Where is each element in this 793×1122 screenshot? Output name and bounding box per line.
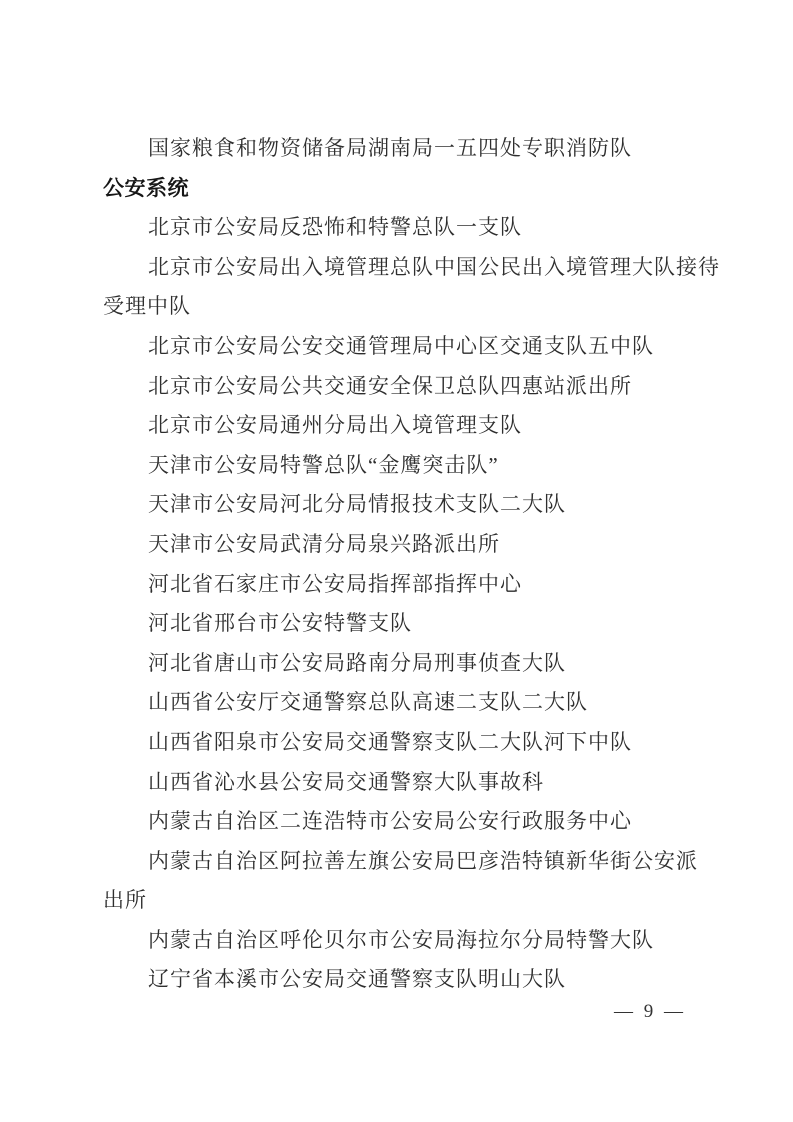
list-item-continuation: 出所: [103, 881, 718, 921]
list-item: 国家粮食和物资储备局湖南局一五四处专职消防队: [103, 129, 718, 169]
page-number: — 9 —: [614, 1001, 686, 1023]
list-item: 天津市公安局河北分局情报技术支队二大队: [103, 485, 718, 525]
list-item: 内蒙古自治区呼伦贝尔市公安局海拉尔分局特警大队: [103, 921, 718, 961]
list-item: 山西省沁水县公安局交通警察大队事故科: [103, 763, 718, 803]
list-item: 河北省唐山市公安局路南分局刑事侦查大队: [103, 644, 718, 684]
document-text-block: 国家粮食和物资储备局湖南局一五四处专职消防队 公安系统 北京市公安局反恐怖和特警…: [103, 129, 718, 1000]
list-item: 辽宁省本溪市公安局交通警察支队明山大队: [103, 960, 718, 1000]
list-item: 北京市公安局通州分局出入境管理支队: [103, 406, 718, 446]
list-item: 河北省邢台市公安特警支队: [103, 604, 718, 644]
list-item: 河北省石家庄市公安局指挥部指挥中心: [103, 565, 718, 605]
list-item: 内蒙古自治区二连浩特市公安局公安行政服务中心: [103, 802, 718, 842]
list-item: 山西省公安厅交通警察总队高速二支队二大队: [103, 683, 718, 723]
list-item: 北京市公安局反恐怖和特警总队一支队: [103, 208, 718, 248]
list-item: 天津市公安局特警总队“金鹰突击队”: [103, 446, 718, 486]
list-item: 北京市公安局公共交通安全保卫总队四惠站派出所: [103, 367, 718, 407]
list-item: 北京市公安局出入境管理总队中国公民出入境管理大队接待: [103, 248, 718, 288]
list-item-continuation: 受理中队: [103, 287, 718, 327]
section-heading: 公安系统: [103, 169, 718, 209]
list-item: 北京市公安局公安交通管理局中心区交通支队五中队: [103, 327, 718, 367]
list-item: 内蒙古自治区阿拉善左旗公安局巴彦浩特镇新华街公安派: [103, 842, 718, 882]
list-item: 山西省阳泉市公安局交通警察支队二大队河下中队: [103, 723, 718, 763]
document-page: 国家粮食和物资储备局湖南局一五四处专职消防队 公安系统 北京市公安局反恐怖和特警…: [0, 0, 793, 1122]
list-item: 天津市公安局武清分局泉兴路派出所: [103, 525, 718, 565]
